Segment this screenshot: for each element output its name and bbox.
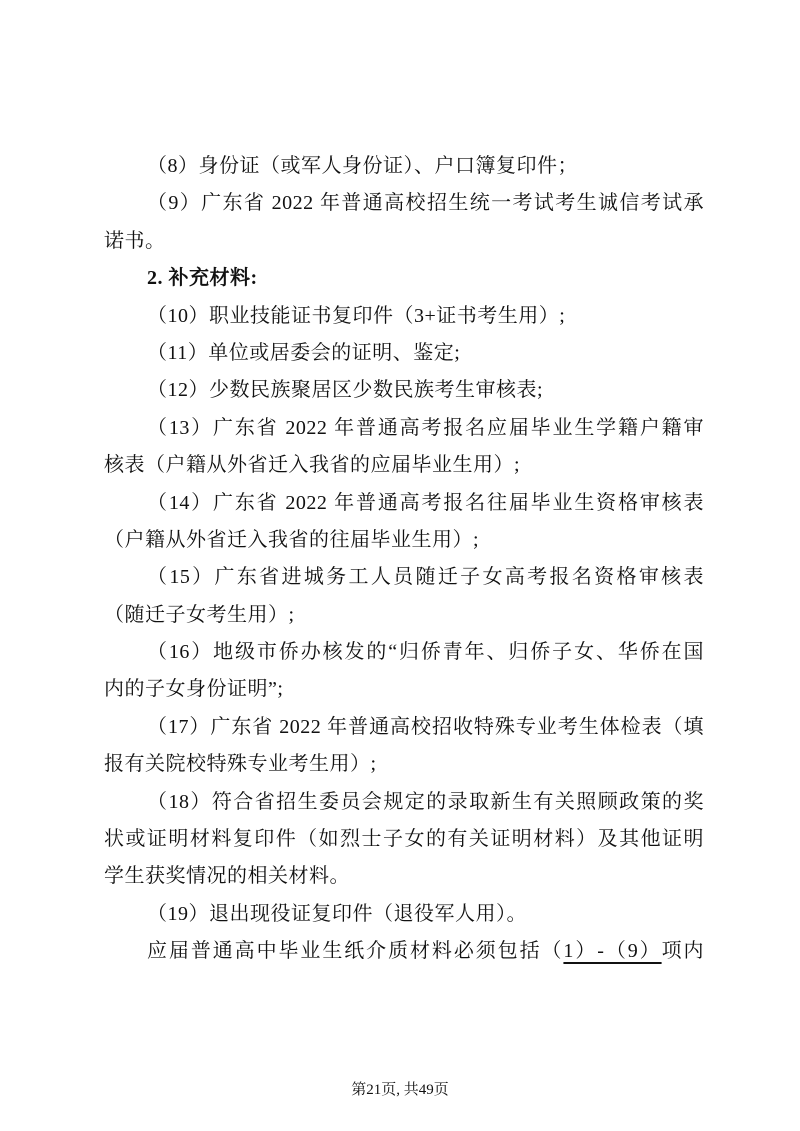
text-line: （10）职业技能证书复印件（3+证书考生用）;	[104, 298, 704, 335]
text-line: （户籍从外省迁入我省的往届毕业生用）;	[104, 522, 704, 559]
text-line: 2. 补充材料:	[104, 260, 704, 297]
text-line: （16）地级市侨办核发的“归侨青年、归侨子女、华侨在国	[104, 634, 704, 671]
text-line: 应届普通高中毕业生纸介质材料必须包括（1）-（9）项内	[104, 933, 704, 970]
text-line: （12）少数民族聚居区少数民族考生审核表;	[104, 372, 704, 409]
text-line: 核表（户籍从外省迁入我省的应届毕业生用）;	[104, 447, 704, 484]
text-line: （14）广东省 2022 年普通高考报名往届毕业生资格审核表	[104, 485, 704, 522]
text-line: （8）身份证（或军人身份证）、户口簿复印件；	[104, 148, 704, 185]
text-segment: 应届普通高中毕业生纸介质材料必须包括（	[147, 940, 563, 962]
text-line: （11）单位或居委会的证明、鉴定;	[104, 335, 704, 372]
text-line: 内的子女身份证明”;	[104, 671, 704, 708]
text-line: （随迁子女考生用）;	[104, 597, 704, 634]
text-line: 报有关院校特殊专业考生用）;	[104, 746, 704, 783]
underlined-text: 1）-（9）	[563, 940, 661, 962]
text-line: （15）广东省进城务工人员随迁子女高考报名资格审核表	[104, 559, 704, 596]
text-line: （13）广东省 2022 年普通高考报名应届毕业生学籍户籍审	[104, 410, 704, 447]
text-line: （17）广东省 2022 年普通高校招收特殊专业考生体检表（填	[104, 709, 704, 746]
text-line: 诺书。	[104, 223, 704, 260]
page-number-label: 第21页, 共49页	[351, 1082, 449, 1098]
page-footer: 第21页, 共49页	[0, 1080, 800, 1100]
document-body: （8）身份证（或军人身份证）、户口簿复印件；（9）广东省 2022 年普通高校招…	[104, 148, 704, 971]
text-line: 状或证明材料复印件（如烈士子女的有关证明材料）及其他证明	[104, 821, 704, 858]
text-line: （18）符合省招生委员会规定的录取新生有关照顾政策的奖	[104, 784, 704, 821]
text-line: 学生获奖情况的相关材料。	[104, 858, 704, 895]
text-line: （9）广东省 2022 年普通高校招生统一考试考生诚信考试承	[104, 185, 704, 222]
text-line: （19）退出现役证复印件（退役军人用）。	[104, 896, 704, 933]
text-segment: 项内	[662, 940, 704, 962]
document-page: （8）身份证（或军人身份证）、户口簿复印件；（9）广东省 2022 年普通高校招…	[0, 0, 800, 1131]
